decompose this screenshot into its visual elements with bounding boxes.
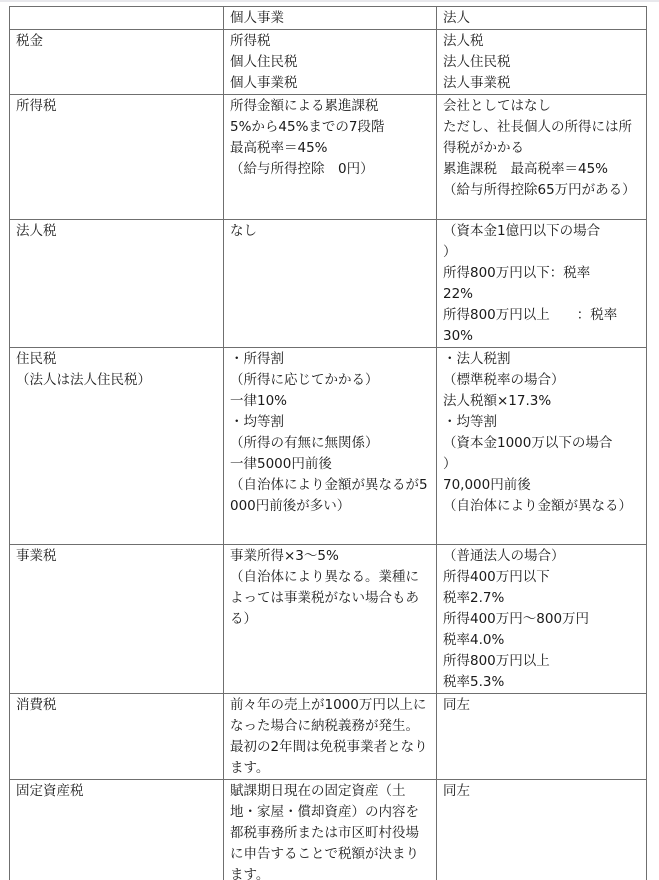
row-label: 住民税 （法人は法人住民税） xyxy=(10,348,224,545)
individual-cell: 所得金額による累進課税 5%から45%までの7段階 最高税率＝45% （給与所得… xyxy=(224,95,437,220)
row-label: 固定資産税 xyxy=(10,780,224,880)
header-cell-corporation: 法人 xyxy=(437,7,647,30)
tax-comparison-table: 個人事業 法人 税金 所得税 個人住民税 個人事業税 法人税 法人住民税 法人事… xyxy=(9,6,647,880)
table-row: 消費税 前々年の売上が1000万円以上になった場合に納税義務が発生。最初の2年間… xyxy=(10,694,647,780)
corporation-cell: （普通法人の場合） 所得400万円以下 税率2.7% 所得400万円～800万円… xyxy=(437,545,647,694)
corporation-cell: 会社としてはなし ただし、社長個人の所得には所得税がかかる 累進課税 最高税率＝… xyxy=(437,95,647,220)
row-label: 事業税 xyxy=(10,545,224,694)
table-row: 事業税 事業所得×3～5% （自治体により異なる。業種によっては事業税がない場合… xyxy=(10,545,647,694)
header-cell-individual: 個人事業 xyxy=(224,7,437,30)
row-label: 税金 xyxy=(10,30,224,95)
corporation-cell: 法人税 法人住民税 法人事業税 xyxy=(437,30,647,95)
corporation-cell: 同左 xyxy=(437,780,647,880)
individual-cell: 事業所得×3～5% （自治体により異なる。業種によっては事業税がない場合もある） xyxy=(224,545,437,694)
corporation-cell: ・法人税割 （標準税率の場合） 法人税額×17.3% ・均等割 （資本金1000… xyxy=(437,348,647,545)
table-row: 税金 所得税 個人住民税 個人事業税 法人税 法人住民税 法人事業税 xyxy=(10,30,647,95)
corporation-cell: 同左 xyxy=(437,694,647,780)
row-label: 消費税 xyxy=(10,694,224,780)
row-label: 法人税 xyxy=(10,220,224,348)
top-edge-divider xyxy=(0,0,659,2)
individual-cell: 所得税 個人住民税 個人事業税 xyxy=(224,30,437,95)
header-cell-empty xyxy=(10,7,224,30)
table-row: 固定資産税 賦課期日現在の固定資産（土地・家屋・償却資産）の内容を都税事務所また… xyxy=(10,780,647,880)
individual-cell: なし xyxy=(224,220,437,348)
corporation-cell: （資本金1億円以下の場合 ） 所得800万円以下：税率 22% 所得800万円以… xyxy=(437,220,647,348)
individual-cell: ・所得割 （所得に応じてかかる） 一律10% ・均等割 （所得の有無に無関係） … xyxy=(224,348,437,545)
individual-cell: 賦課期日現在の固定資産（土地・家屋・償却資産）の内容を都税事務所または市区町村役… xyxy=(224,780,437,880)
table-row: 所得税 所得金額による累進課税 5%から45%までの7段階 最高税率＝45% （… xyxy=(10,95,647,220)
row-label: 所得税 xyxy=(10,95,224,220)
table-row: 法人税 なし （資本金1億円以下の場合 ） 所得800万円以下：税率 22% 所… xyxy=(10,220,647,348)
table-header-row: 個人事業 法人 xyxy=(10,7,647,30)
individual-cell: 前々年の売上が1000万円以上になった場合に納税義務が発生。最初の2年間は免税事… xyxy=(224,694,437,780)
table-row: 住民税 （法人は法人住民税） ・所得割 （所得に応じてかかる） 一律10% ・均… xyxy=(10,348,647,545)
